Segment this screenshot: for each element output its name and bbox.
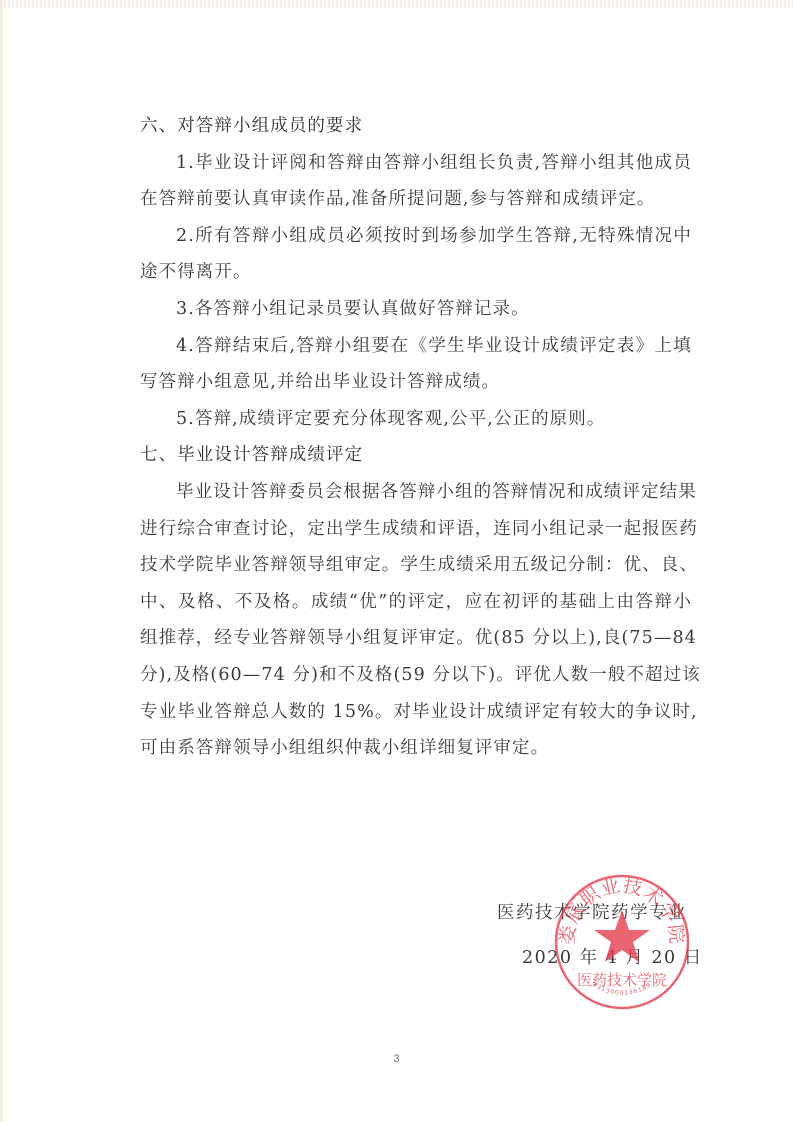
seal-center-text: 医药技术学院 <box>577 971 667 989</box>
paragraph-line: 专业毕业答辩总人数的 15%。对毕业设计成绩评定有较大的争议时, <box>140 694 692 731</box>
paragraph-line: 组推荐，经专业答辩领导小组复评审定。优(85 分以上),良(75—84 <box>140 620 692 657</box>
official-seal-icon: 娄底职业技术学院 医药技术学院 4313000136189 <box>552 872 692 1012</box>
paragraph-line: 5.答辩,成绩评定要充分体现客观,公平,公正的原则。 <box>140 401 692 438</box>
section-heading-6: 六、对答辩小组成员的要求 <box>140 108 692 145</box>
paragraph-line: 分),及格(60—74 分)和不及格(59 分以下)。评优人数一般不超过该 <box>140 657 692 694</box>
paragraph-line: 技术学院毕业答辩领导组审定。学生成绩采用五级记分制：优、良、 <box>140 547 692 584</box>
paragraph-line: 写答辩小组意见,并给出毕业设计答辩成绩。 <box>140 364 692 401</box>
paragraph-line: 途不得离开。 <box>140 254 692 291</box>
paragraph-line: 3.各答辩小组记录员要认真做好答辩记录。 <box>140 291 692 328</box>
paragraph-line: 在答辩前要认真审读作品,准备所提问题,参与答辩和成绩评定。 <box>140 181 692 218</box>
paragraph-line: 1.毕业设计评阅和答辩由答辩小组组长负责,答辩小组其他成员 <box>140 145 692 182</box>
paragraph-line: 可由系答辩领导小组组织仲裁小组详细复评审定。 <box>140 730 692 767</box>
scan-edge-artifact <box>0 0 793 8</box>
scan-edge-artifact-left <box>0 0 3 1122</box>
section-heading-7: 七、毕业设计答辩成绩评定 <box>140 437 692 474</box>
document-body: 六、对答辩小组成员的要求 1.毕业设计评阅和答辩由答辩小组组长负责,答辩小组其他… <box>140 108 692 767</box>
paragraph-line: 2.所有答辩小组成员必须按时到场参加学生答辩,无特殊情况中 <box>140 218 692 255</box>
paragraph-line: 进行综合审查讨论，定出学生成绩和评语，连同小组记录一起报医药 <box>140 511 692 548</box>
paragraph-line: 中、及格、不及格。成绩“优”的评定，应在初评的基础上由答辩小 <box>140 584 692 621</box>
paragraph-line: 4.答辩结束后,答辩小组要在《学生毕业设计成绩评定表》上填 <box>140 328 692 365</box>
paragraph-line: 毕业设计答辩委员会根据各答辩小组的答辩情况和成绩评定结果 <box>140 474 692 511</box>
page-number: 3 <box>0 1053 793 1065</box>
